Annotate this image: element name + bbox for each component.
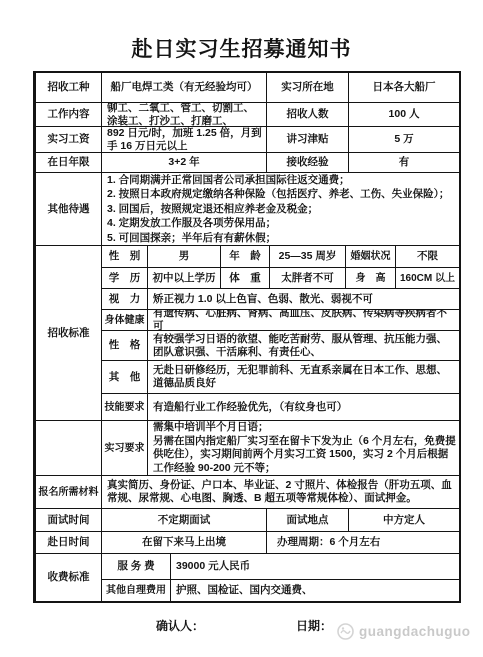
training-left-spacer bbox=[35, 421, 101, 475]
table-row: 身体健康 有遗传病、心脏病、肾病、高血压、皮肤病、传染病等疾病者不可 bbox=[101, 309, 459, 330]
watermark: guangdachuguo bbox=[337, 623, 471, 640]
processing-period-note: 办理周期：6 个月左右 bbox=[266, 532, 459, 553]
materials-value: 真实简历、身份证、户口本、毕业证、2 寸照片、体检报告（肝功五项、血常规、尿常规… bbox=[101, 476, 459, 508]
table-row: 实习要求 需集中培训半个月日语； 另需在国内指定船厂实习至在留卡下发为止（6 个… bbox=[35, 420, 459, 475]
table-row: 性 格 有较强学习日语的欲望、能吃苦耐劳、服从管理、抗压能力强、团队意识强、干活… bbox=[101, 330, 459, 360]
location-label: 实习所在地 bbox=[266, 73, 348, 102]
allowance-label: 讲习津贴 bbox=[266, 127, 348, 152]
standards-rows: 性 别 男 年 龄 25—35 周岁 婚姻状况 不限 学 历 初中以上学历 体 … bbox=[101, 246, 459, 420]
table-row: 招收工种 船厂电焊工类（有无经验均可） 实习所在地 日本各大船厂 bbox=[35, 73, 459, 102]
standards-label: 招收标准 bbox=[35, 246, 101, 420]
service-fee-label: 服 务 费 bbox=[101, 554, 170, 579]
headcount-label: 招收人数 bbox=[266, 103, 348, 126]
age-value: 25—35 周岁 bbox=[269, 246, 345, 267]
recruit-type-label: 招收工种 bbox=[35, 73, 101, 102]
skill-value: 有造船行业工作经验优先，（有纹身也可） bbox=[147, 394, 459, 420]
years-value: 3+2 年 bbox=[101, 153, 266, 172]
health-value: 有遗传病、心脏病、肾病、高血压、皮肤病、传染病等疾病者不可 bbox=[147, 310, 459, 330]
marriage-label: 婚姻状况 bbox=[345, 246, 395, 267]
work-content-value: 铆工、二氧工、管工、切割工、涂装工、打沙工、打磨工、 bbox=[101, 103, 266, 126]
years-label: 在日年限 bbox=[35, 153, 101, 172]
interview-place-label: 面试地点 bbox=[266, 509, 348, 531]
age-label: 年 龄 bbox=[220, 246, 269, 267]
self-pay-value: 护照、国检证、国内交通费、 bbox=[170, 580, 459, 601]
weight-label: 体 重 bbox=[220, 268, 269, 288]
table-row: 赴日时间 在留下来马上出境 办理周期：6 个月左右 bbox=[35, 531, 459, 553]
self-pay-label: 其他自理费用 bbox=[101, 580, 170, 601]
departure-time-value: 在留下来马上出境 bbox=[101, 532, 266, 553]
fees-rows: 服 务 费 39000 元人民币 其他自理费用 护照、国检证、国内交通费、 bbox=[101, 554, 459, 601]
salary-value: 892 日元/时，加班 1.25 倍，月到手 16 万日元以上 bbox=[101, 127, 266, 152]
height-value: 160CM 以上 bbox=[395, 268, 459, 288]
experience-value: 有 bbox=[348, 153, 459, 172]
training-label: 实习要求 bbox=[101, 421, 147, 475]
page-title: 赴日实习生招募通知书 bbox=[0, 33, 483, 63]
recruit-type-value: 船厂电焊工类（有无经验均可） bbox=[101, 73, 266, 102]
table-row: 面试时间 不定期面试 面试地点 中方定人 bbox=[35, 508, 459, 531]
benefit-item: 2. 按照日本政府规定缴纳各种保险（包括医疗、养老、工伤、失业保险）； bbox=[107, 187, 449, 202]
vision-value: 矫正视力 1.0 以上色盲、色弱、散光、弱视不可 bbox=[147, 289, 459, 309]
table-row: 服 务 费 39000 元人民币 bbox=[101, 554, 459, 579]
benefit-item: 1. 合同期满并正常回国者公司承担国际往返交通费； bbox=[107, 173, 350, 187]
location-value: 日本各大船厂 bbox=[348, 73, 459, 102]
personality-label: 性 格 bbox=[101, 331, 147, 360]
benefits-list: 1. 合同期满并正常回国者公司承担国际往返交通费； 2. 按照日本政府规定缴纳各… bbox=[101, 173, 459, 245]
gender-label: 性 别 bbox=[101, 246, 147, 267]
interview-time-value: 不定期面试 bbox=[101, 509, 266, 531]
table-row: 其 他 无赴日研修经历，无犯罪前科、无直系亲属在日本工作、思想、道德品质良好 bbox=[101, 360, 459, 393]
education-value: 初中以上学历 bbox=[147, 268, 220, 288]
personality-value: 有较强学习日语的欲望、能吃苦耐劳、服从管理、抗压能力强、团队意识强、干活麻利、有… bbox=[147, 331, 459, 360]
table-row: 性 别 男 年 龄 25—35 周岁 婚姻状况 不限 bbox=[101, 246, 459, 267]
interview-time-label: 面试时间 bbox=[35, 509, 101, 531]
benefit-item: 3. 回国后，按照规定退还相应养老金及税金； bbox=[107, 202, 318, 217]
table-row: 其他自理费用 护照、国检证、国内交通费、 bbox=[101, 579, 459, 601]
vision-label: 视 力 bbox=[101, 289, 147, 309]
notice-document: 赴日实习生招募通知书 招收工种 船厂电焊工类（有无经验均可） 实习所在地 日本各… bbox=[0, 0, 483, 657]
skill-label: 技能要求 bbox=[101, 394, 147, 420]
standards-block: 招收标准 性 别 男 年 龄 25—35 周岁 婚姻状况 不限 学 历 初中以上… bbox=[35, 245, 459, 420]
table-row: 视 力 矫正视力 1.0 以上色盲、色弱、散光、弱视不可 bbox=[101, 288, 459, 309]
training-line: 需集中培训半个月日语； bbox=[153, 421, 269, 435]
notice-table: 招收工种 船厂电焊工类（有无经验均可） 实习所在地 日本各大船厂 工作内容 铆工… bbox=[33, 71, 461, 603]
benefit-item: 5. 可回国探亲；半年后有有薪休假； bbox=[107, 231, 276, 245]
education-label: 学 历 bbox=[101, 268, 147, 288]
experience-label: 接收经验 bbox=[266, 153, 348, 172]
training-content: 需集中培训半个月日语； 另需在国内指定船厂实习至在留卡下发为止（6 个月左右，免… bbox=[147, 421, 459, 475]
training-line: 另需在国内指定船厂实习至在留卡下发为止（6 个月左右，免费提供吃住），实习期间前… bbox=[153, 435, 456, 476]
benefit-item: 4. 定期发放工作服及各项劳保用品； bbox=[107, 216, 276, 231]
fees-block: 收费标准 服 务 费 39000 元人民币 其他自理费用 护照、国检证、国内交通… bbox=[35, 553, 459, 601]
weight-value: 太胖者不可 bbox=[269, 268, 345, 288]
table-row: 报名所需材料 真实简历、身份证、户口本、毕业证、2 寸照片、体检报告（肝功五项、… bbox=[35, 475, 459, 508]
table-row: 技能要求 有造船行业工作经验优先，（有纹身也可） bbox=[101, 393, 459, 420]
departure-time-label: 赴日时间 bbox=[35, 532, 101, 553]
gender-value: 男 bbox=[147, 246, 220, 267]
interview-place-value: 中方定人 bbox=[348, 509, 459, 531]
confirm-person-label: 确认人： bbox=[156, 617, 204, 634]
watermark-logo-icon bbox=[337, 623, 354, 640]
table-row: 在日年限 3+2 年 接收经验 有 bbox=[35, 152, 459, 172]
work-content-label: 工作内容 bbox=[35, 103, 101, 126]
fees-label: 收费标准 bbox=[35, 554, 101, 601]
watermark-text: guangdachuguo bbox=[359, 624, 471, 639]
table-row: 实习工资 892 日元/时，加班 1.25 倍，月到手 16 万日元以上 讲习津… bbox=[35, 126, 459, 152]
table-row: 学 历 初中以上学历 体 重 太胖者不可 身 高 160CM 以上 bbox=[101, 267, 459, 288]
other-requirement-label: 其 他 bbox=[101, 361, 147, 393]
date-label: 日期： bbox=[296, 617, 332, 634]
headcount-value: 100 人 bbox=[348, 103, 459, 126]
materials-label: 报名所需材料 bbox=[35, 476, 101, 508]
table-row: 其他待遇 1. 合同期满并正常回国者公司承担国际往返交通费； 2. 按照日本政府… bbox=[35, 172, 459, 245]
table-row: 工作内容 铆工、二氧工、管工、切割工、涂装工、打沙工、打磨工、 招收人数 100… bbox=[35, 102, 459, 126]
other-requirement-value: 无赴日研修经历，无犯罪前科、无直系亲属在日本工作、思想、道德品质良好 bbox=[147, 361, 459, 393]
height-label: 身 高 bbox=[345, 268, 395, 288]
benefits-label: 其他待遇 bbox=[35, 173, 101, 245]
allowance-value: 5 万 bbox=[348, 127, 459, 152]
health-label: 身体健康 bbox=[101, 310, 147, 330]
marriage-value: 不限 bbox=[395, 246, 459, 267]
service-fee-value: 39000 元人民币 bbox=[170, 554, 459, 579]
salary-label: 实习工资 bbox=[35, 127, 101, 152]
